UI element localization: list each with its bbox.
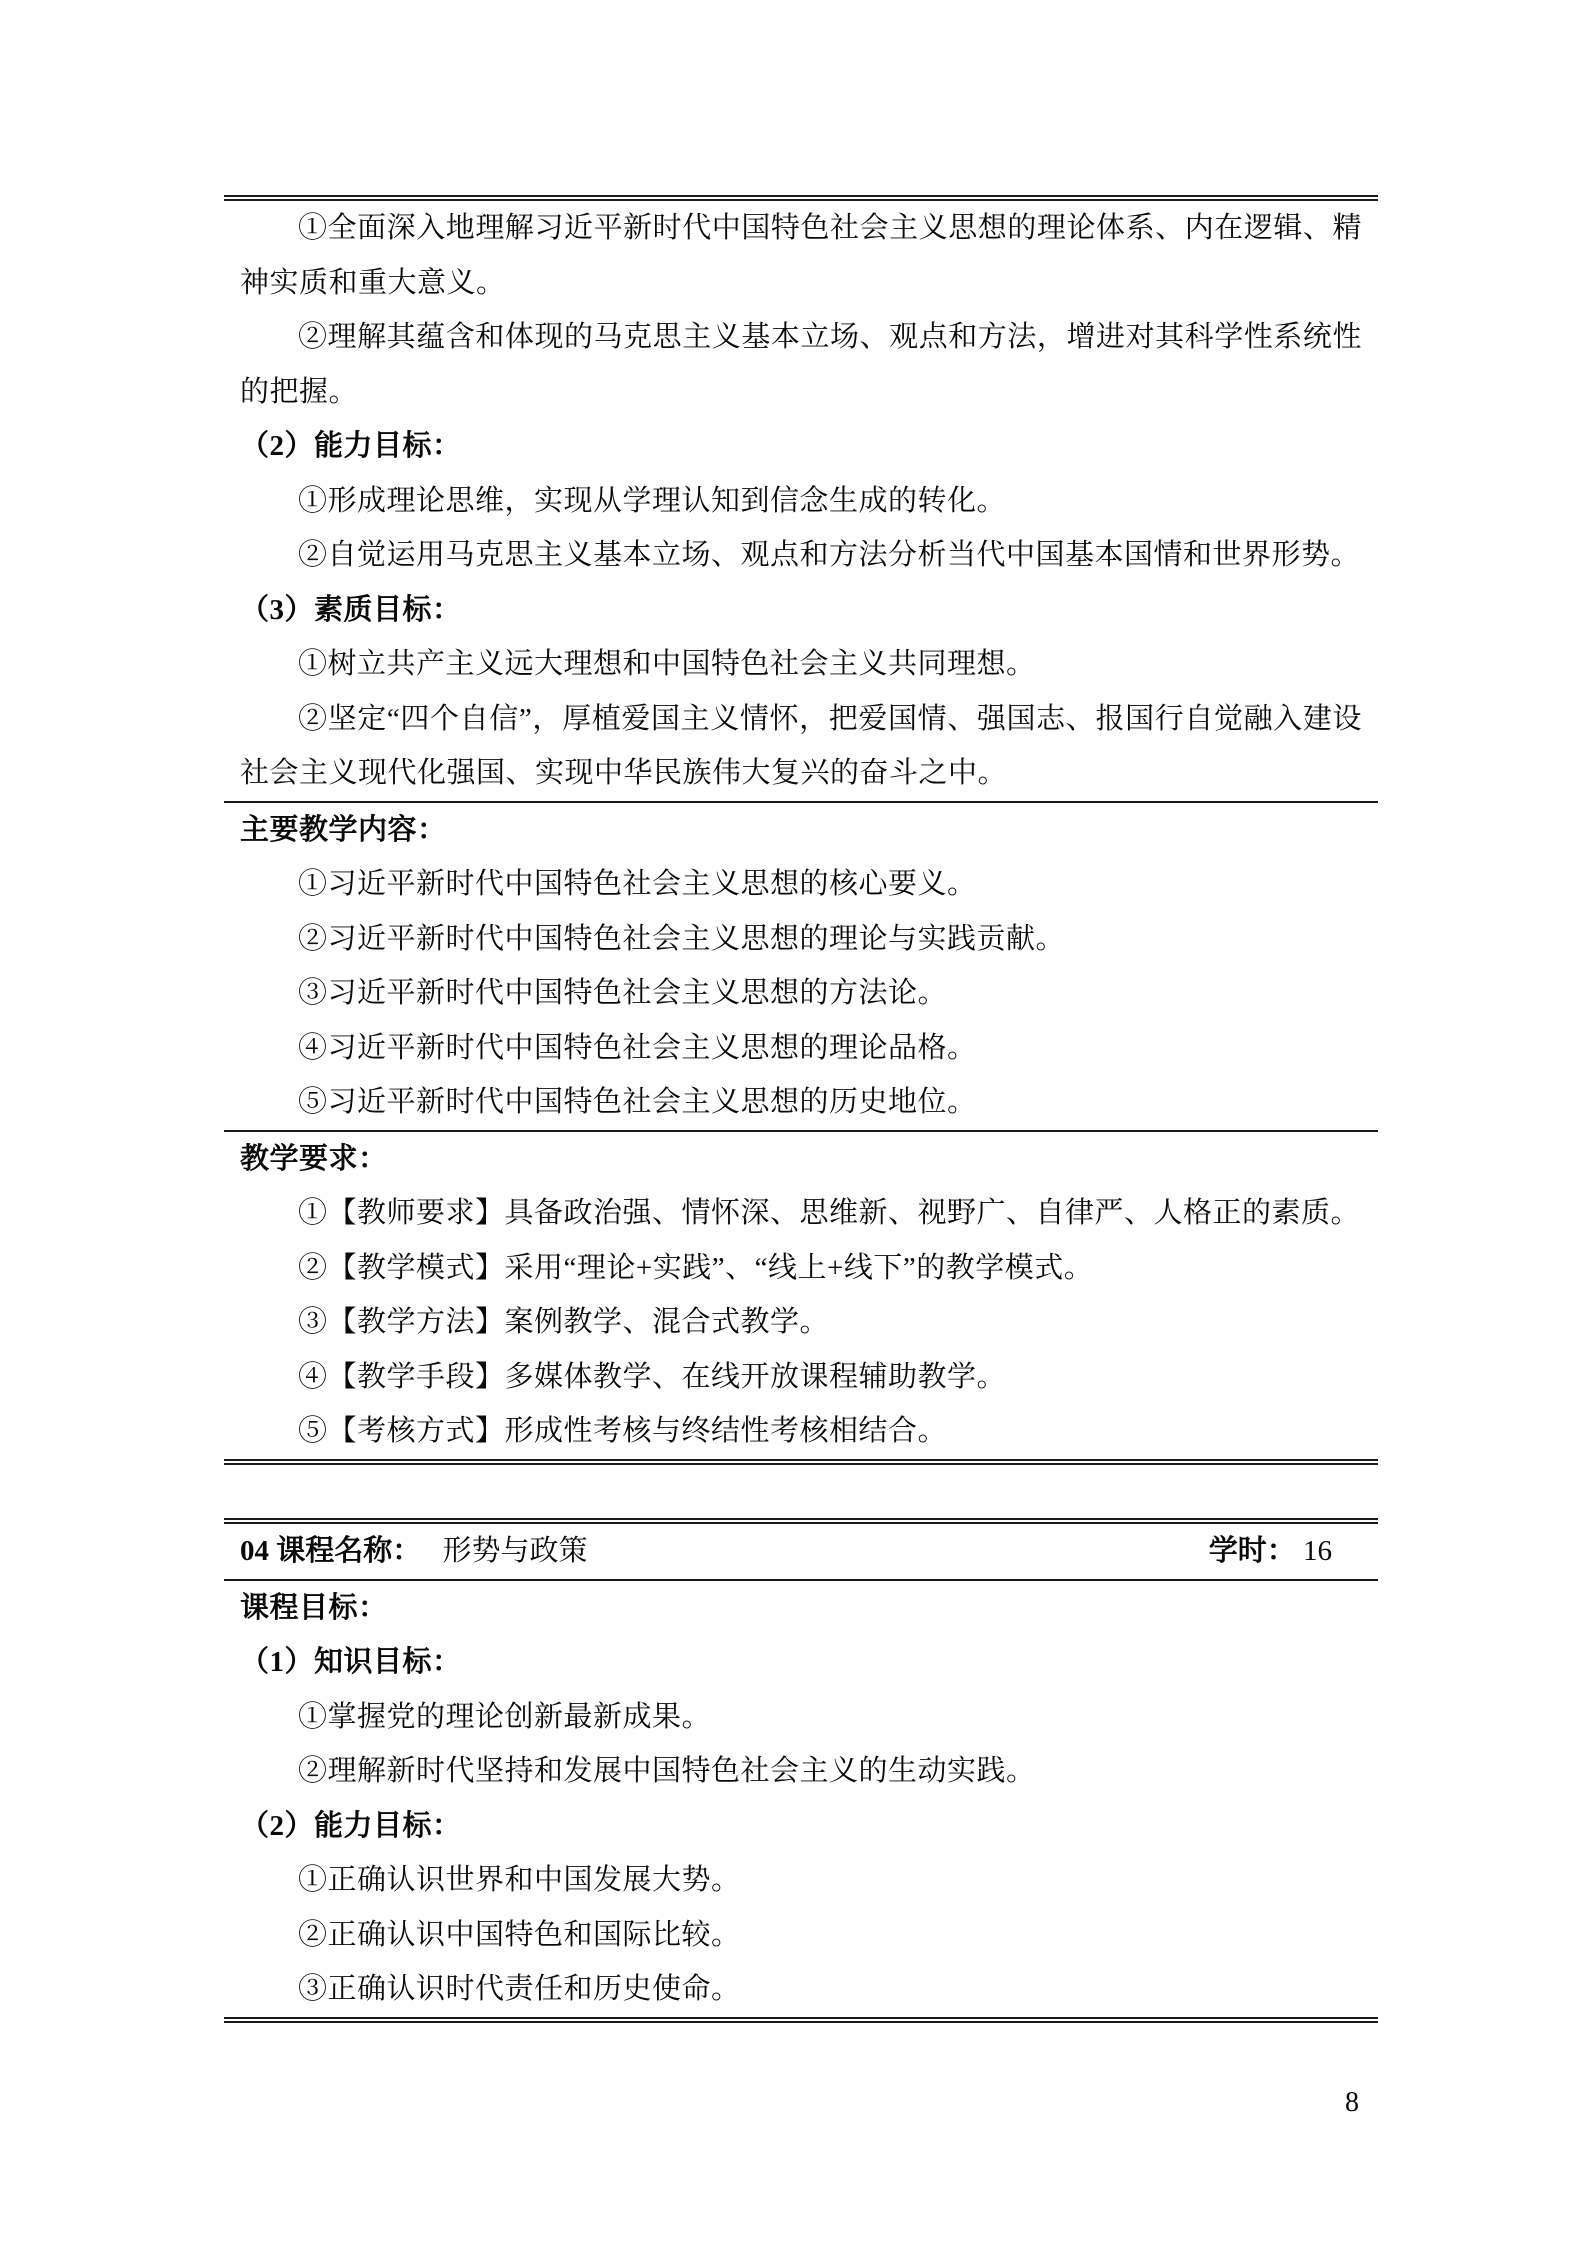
course03-table: ①全面深入地理解习近平新时代中国特色社会主义思想的理论体系、内在逻辑、精神实质和… — [224, 195, 1378, 1465]
document-page: ①全面深入地理解习近平新时代中国特色社会主义思想的理论体系、内在逻辑、精神实质和… — [224, 195, 1378, 2023]
content-item: ③习近平新时代中国特色社会主义思想的方法论。 — [240, 966, 1362, 1021]
requirement-item: ②【教学模式】采用“理论+实践”、“线上+线下”的教学模式。 — [240, 1241, 1362, 1296]
course-name-value: 形势与政策 — [443, 1535, 588, 1567]
course03-goals-block: ①全面深入地理解习近平新时代中国特色社会主义思想的理论体系、内在逻辑、精神实质和… — [224, 201, 1378, 801]
requirement-item: ③【教学方法】案例教学、混合式教学。 — [240, 1295, 1362, 1350]
course04-goals-block: 课程目标： （1）知识目标： ①掌握党的理论创新最新成果。 ②理解新时代坚持和发… — [224, 1581, 1378, 2017]
knowledge-item: ①掌握党的理论创新最新成果。 — [240, 1690, 1362, 1745]
quality-goal-heading: （3）素质目标： — [240, 583, 1362, 638]
knowledge-item: ①全面深入地理解习近平新时代中国特色社会主义思想的理论体系、内在逻辑、精神实质和… — [240, 201, 1362, 310]
course-hours-label: 学时： — [1209, 1535, 1296, 1567]
course-number-label: 04 课程名称： — [240, 1535, 421, 1567]
content-item: ④习近平新时代中国特色社会主义思想的理论品格。 — [240, 1021, 1362, 1076]
ability-item: ③正确认识时代责任和历史使命。 — [240, 1962, 1362, 2017]
knowledge-item: ②理解新时代坚持和发展中国特色社会主义的生动实践。 — [240, 1744, 1362, 1799]
course-goal-heading: 课程目标： — [240, 1581, 1362, 1636]
ability-item: ①正确认识世界和中国发展大势。 — [240, 1853, 1362, 1908]
quality-item: ①树立共产主义远大理想和中国特色社会主义共同理想。 — [240, 637, 1362, 692]
course03-content-block: 主要教学内容： ①习近平新时代中国特色社会主义思想的核心要义。 ②习近平新时代中… — [224, 801, 1378, 1130]
ability-item: ②自觉运用马克思主义基本立场、观点和方法分析当代中国基本国情和世界形势。 — [240, 528, 1362, 583]
teaching-requirements-heading: 教学要求： — [240, 1132, 1362, 1187]
course04-table: 04 课程名称： 形势与政策 学时： 16 课程目标： （1）知识目标： ①掌握… — [224, 1518, 1378, 2023]
knowledge-item: ②理解其蕴含和体现的马克思主义基本立场、观点和方法，增进对其科学性系统性的把握。 — [240, 310, 1362, 419]
requirement-item: ⑤【考核方式】形成性考核与终结性考核相结合。 — [240, 1404, 1362, 1459]
ability-item: ①形成理论思维，实现从学理认知到信念生成的转化。 — [240, 474, 1362, 529]
content-item: ①习近平新时代中国特色社会主义思想的核心要义。 — [240, 857, 1362, 912]
ability-goal-heading: （2）能力目标： — [240, 1799, 1362, 1854]
ability-item: ②正确认识中国特色和国际比较。 — [240, 1908, 1362, 1963]
teaching-content-heading: 主要教学内容： — [240, 803, 1362, 858]
requirement-item: ④【教学手段】多媒体教学、在线开放课程辅助教学。 — [240, 1350, 1362, 1405]
requirement-item: ①【教师要求】具备政治强、情怀深、思维新、视野广、自律严、人格正的素质。 — [240, 1186, 1362, 1241]
course-hours-cell: 学时： 16 — [1209, 1525, 1362, 1578]
page-number: 8 — [1345, 2086, 1359, 2120]
course04-header-row: 04 课程名称： 形势与政策 学时： 16 — [224, 1524, 1378, 1581]
course03-requirements-block: 教学要求： ①【教师要求】具备政治强、情怀深、思维新、视野广、自律严、人格正的素… — [224, 1130, 1378, 1459]
content-item: ②习近平新时代中国特色社会主义思想的理论与实践贡献。 — [240, 912, 1362, 967]
course-hours-value: 16 — [1303, 1535, 1332, 1567]
knowledge-goal-heading: （1）知识目标： — [240, 1635, 1362, 1690]
ability-goal-heading: （2）能力目标： — [240, 419, 1362, 474]
course-name-cell: 04 课程名称： 形势与政策 — [240, 1525, 588, 1578]
content-item: ⑤习近平新时代中国特色社会主义思想的历史地位。 — [240, 1075, 1362, 1130]
quality-item: ②坚定“四个自信”，厚植爱国主义情怀，把爱国情、强国志、报国行自觉融入建设社会主… — [240, 692, 1362, 801]
